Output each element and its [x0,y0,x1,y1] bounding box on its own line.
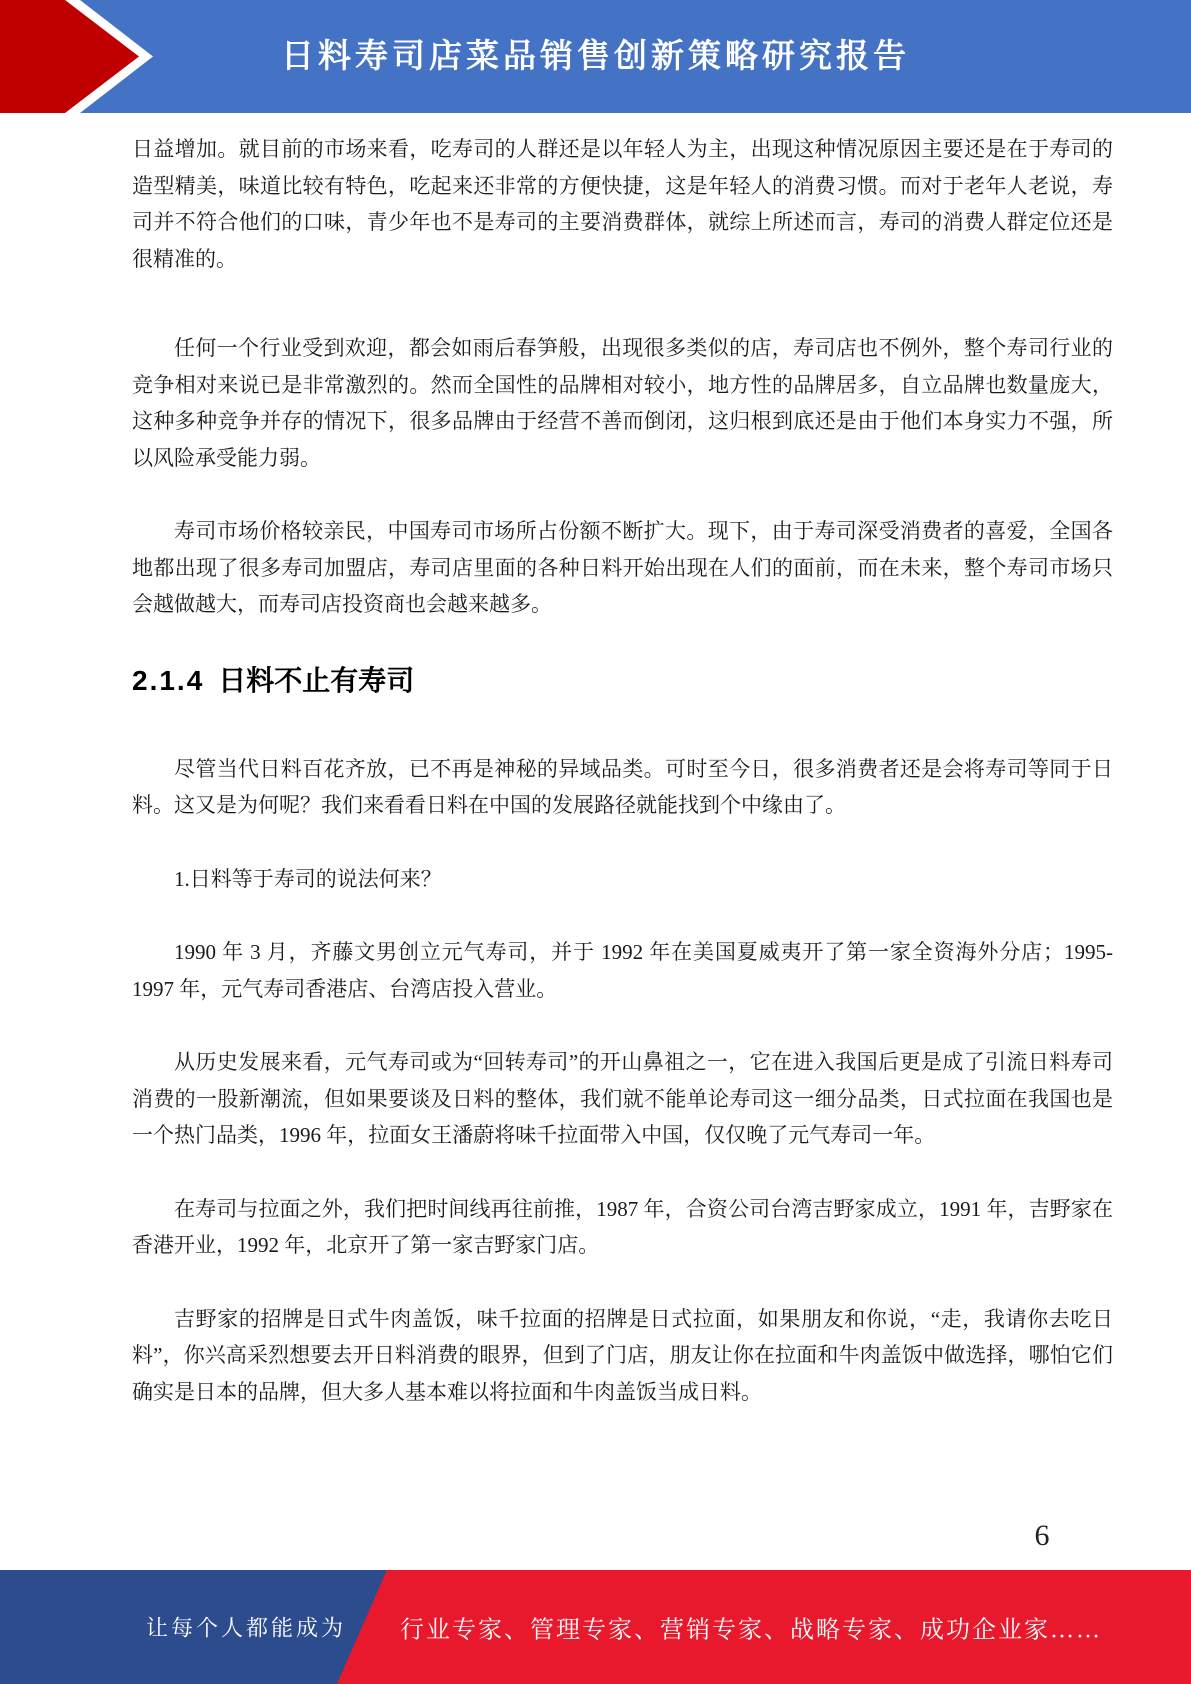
paragraph-genki-sushi-history: 1990 年 3 月，齐藤文男创立元气寿司，并于 1992 年在美国夏威夷开了第… [132,934,1113,1007]
paragraph-competition: 任何一个行业受到欢迎，都会如雨后春笋般，出现很多类似的店，寿司店也不例外，整个寿… [132,330,1113,476]
section-number: 2.1.4 [132,665,204,696]
report-title: 日料寿司店菜品销售创新策略研究报告 [281,30,910,83]
paragraph-kaiten-sushi-ramen: 从历史发展来看，元气寿司或为“回转寿司”的开山鼻祖之一，它在进入我国后更是成了引… [132,1044,1113,1154]
paragraph-yoshinoya-timeline: 在寿司与拉面之外，我们把时间线再往前推，1987 年，合资公司台湾吉野家成立，1… [132,1191,1113,1264]
paragraph-market-growth: 寿司市场价格较亲民，中国寿司市场所占份额不断扩大。现下，由于寿司深受消费者的喜爱… [132,513,1113,623]
paragraph-market-segment: 日益增加。就目前的市场来看，吃寿司的人群还是以年轻人为主，出现这种情况原因主要还… [132,131,1113,277]
page-header: 日料寿司店菜品销售创新策略研究报告 [0,0,1191,113]
report-page: 日料寿司店菜品销售创新策略研究报告 日益增加。就目前的市场来看，吃寿司的人群还是… [0,0,1191,1684]
paragraph-question-sushi-equals: 1.日料等于寿司的说法何来？ [132,861,1113,898]
paragraph-japanese-food-intro: 尽管当代日料百花齐放，已不再是神秘的异域品类。可时至今日，很多消费者还是会将寿司… [132,751,1113,824]
document-body: 日益增加。就目前的市场来看，吃寿司的人群还是以年轻人为主，出现这种情况原因主要还… [132,113,1113,1447]
paragraph-yoshinoya-ajisen: 吉野家的招牌是日式牛肉盖饭，味千拉面的招牌是日式拉面，如果朋友和你说，“走，我请… [132,1301,1113,1411]
footer-slogan-left: 让每个人都能成为 [146,1612,346,1643]
page-number: 6 [1018,1518,1066,1554]
page-footer: 让每个人都能成为 行业专家、管理专家、营销专家、战略专家、成功企业家…… [0,1570,1191,1684]
footer-slogan-right: 行业专家、管理专家、营销专家、战略专家、成功企业家…… [400,1610,1102,1645]
section-title: 日料不止有寿司 [218,665,414,696]
section-heading: 2.1.4日料不止有寿司 [132,660,1113,702]
red-chevron-arrow-icon [0,0,170,113]
